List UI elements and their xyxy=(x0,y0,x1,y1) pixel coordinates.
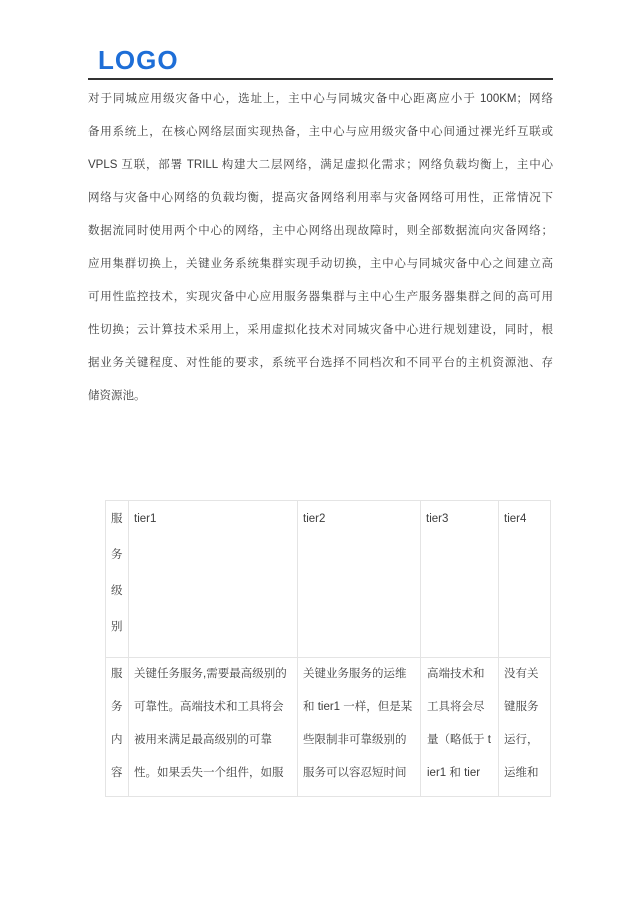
tier1-header: tier1 xyxy=(134,501,292,651)
paragraph-line: 应用集群切换上，关键业务系统集群实现手动切换，主中心与同城灾备中心之间建立高 xyxy=(88,248,553,281)
cell-service-content-label: 服务内容 xyxy=(106,657,129,796)
tier2-content: 关键业务服务的运维和 tier1 一样，但是某些限制非可靠级别的服务可以容忍短时… xyxy=(303,658,415,790)
paragraph-line: 据业务关键程度、对性能的要求，系统平台选择不同档次和不同平台的主机资源池、存 xyxy=(88,347,553,380)
document-page: LOGO 对于同城应用级灾备中心，选址上，主中心与同城灾备中心距离应小于 100… xyxy=(0,0,640,906)
cell-service-level-label: 服务级别 xyxy=(106,500,129,657)
logo: LOGO xyxy=(98,50,553,71)
cell-tier4-header: tier4 xyxy=(499,500,551,657)
service-level-label: 服务级别 xyxy=(111,501,123,651)
paragraph-line: 可用性监控技术，实现灾备中心应用服务器集群与主中心生产服务器集群之间的高可用 xyxy=(88,281,553,314)
cell-tier2-content: 关键业务服务的运维和 tier1 一样，但是某些限制非可靠级别的服务可以容忍短时… xyxy=(298,657,421,796)
cell-tier1-content: 关键任务服务,需要最高级别的可靠性。高端技术和工具将会被用来满足最高级别的可靠性… xyxy=(129,657,298,796)
table-header-row: 服务级别 tier1 tier2 tier3 tier4 xyxy=(106,500,551,657)
paragraph-line: 数据流同时使用两个中心的网络，主中心网络出现故障时，则全部数据流向灾备网络； xyxy=(88,215,553,248)
cell-tier3-content: 高端技术和工具将会尽量（略低于 tier1 和 tier xyxy=(421,657,499,796)
cell-tier1-header: tier1 xyxy=(129,500,298,657)
tier1-content: 关键任务服务,需要最高级别的可靠性。高端技术和工具将会被用来满足最高级别的可靠性… xyxy=(134,658,292,790)
tier2-header: tier2 xyxy=(303,501,415,651)
tier4-content: 没有关键服务运行，运维和 xyxy=(504,658,545,790)
service-content-label: 服务内容 xyxy=(111,658,123,790)
paragraph-line: 备用系统上，在核心网络层面实现热备，主中心与应用级灾备中心间通过裸光纤互联或 xyxy=(88,116,553,149)
cell-tier4-content: 没有关键服务运行，运维和 xyxy=(499,657,551,796)
service-tier-table: 服务级别 tier1 tier2 tier3 tier4 服务内容 关键任务服务… xyxy=(105,500,551,797)
paragraph-line: 储资源池。 xyxy=(88,380,553,413)
tier3-header: tier3 xyxy=(426,501,493,651)
cell-tier3-header: tier3 xyxy=(421,500,499,657)
body-paragraph: 对于同城应用级灾备中心，选址上，主中心与同城灾备中心距离应小于 100KM；网络… xyxy=(88,83,553,413)
paragraph-line: 性切换；云计算技术采用上，采用虚拟化技术对同城灾备中心进行规划建设，同时，根 xyxy=(88,314,553,347)
header-rule xyxy=(88,78,553,80)
cell-tier2-header: tier2 xyxy=(298,500,421,657)
table-content-row: 服务内容 关键任务服务,需要最高级别的可靠性。高端技术和工具将会被用来满足最高级… xyxy=(106,657,551,796)
tier4-header: tier4 xyxy=(504,501,545,651)
paragraph-line: 对于同城应用级灾备中心，选址上，主中心与同城灾备中心距离应小于 100KM；网络 xyxy=(88,83,553,116)
paragraph-line: 网络与灾备中心网络的负载均衡，提高灾备网络利用率与灾备网络可用性，正常情况下 xyxy=(88,182,553,215)
tier3-content: 高端技术和工具将会尽量（略低于 tier1 和 tier xyxy=(427,658,492,790)
paragraph-line: VPLS 互联，部署 TRILL 构建大二层网络，满足虚拟化需求；网络负载均衡上… xyxy=(88,149,553,182)
